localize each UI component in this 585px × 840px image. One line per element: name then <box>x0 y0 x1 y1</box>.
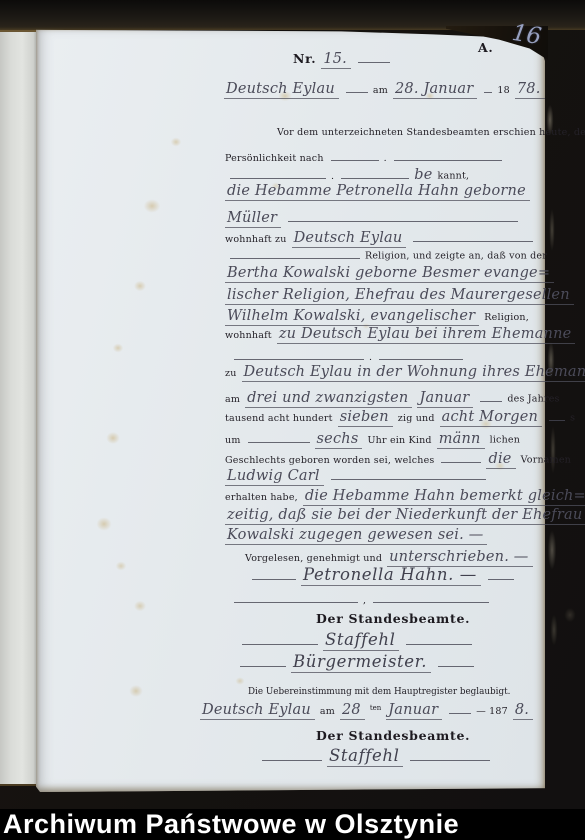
handwritten-text: acht Morgen <box>440 409 542 427</box>
form-line: Nr.15. <box>293 48 390 66</box>
handwritten-text: Deutsch Eylau <box>224 81 339 99</box>
blank-rule <box>488 565 514 580</box>
handwritten-text: die <box>486 451 515 469</box>
blank-rule <box>230 164 326 179</box>
blank-rule <box>234 588 358 603</box>
printed-text: Persönlichkeit nach <box>225 153 324 164</box>
printed-text: Geschlechts geboren worden sei, welches <box>225 455 434 466</box>
form-line: Religion, und zeigte an, daß von der <box>228 244 547 264</box>
printed-text: um <box>225 435 241 446</box>
blank-rule <box>248 428 310 443</box>
blank-rule <box>438 652 474 667</box>
blank-rule <box>480 387 502 402</box>
printed-text: wohnhaft zu <box>225 234 287 245</box>
handwritten-text: be <box>414 167 432 183</box>
form-line: Wilhelm Kowalski, evangelischerReligion, <box>225 308 529 325</box>
handwritten-text: drei und zwanzigsten <box>245 390 412 408</box>
printed-text: des Jahres <box>507 394 559 405</box>
handwritten-text: Kowalski zugegen gewesen sei. — <box>225 527 487 545</box>
blank-rule <box>484 78 492 93</box>
form-line: , <box>232 588 489 608</box>
form-line: zuDeutsch Eylau in der Wohnung ihres Ehe… <box>225 364 585 381</box>
blank-rule <box>331 146 379 161</box>
form-line: Vor dem unterzeichneten Standesbeamten e… <box>277 123 585 140</box>
form-line: Der Standesbeamte. <box>316 611 470 626</box>
printed-text: s <box>570 413 575 424</box>
form-line: .bekannt, <box>228 164 469 184</box>
blank-rule <box>242 630 318 645</box>
printed-text: am <box>373 85 388 96</box>
printed-text: wohnhaft <box>225 330 272 341</box>
handwritten-text: Bertha Kowalski geborne Besmer evange= <box>225 265 554 283</box>
blank-rule <box>331 465 486 480</box>
blank-rule <box>262 746 322 761</box>
printed-text: tausend acht hundert <box>225 413 333 424</box>
blank-rule <box>358 48 390 63</box>
printed-heading: A. <box>478 40 493 55</box>
printed-heading: Nr. <box>293 51 316 66</box>
form-line: Petronella Hahn. — <box>250 565 514 582</box>
blank-rule <box>373 588 489 603</box>
blank-rule <box>449 699 471 714</box>
blank-rule <box>288 207 518 222</box>
printed-text: am <box>320 706 335 717</box>
form-line: Der Standesbeamte. <box>316 728 470 743</box>
form-line: . <box>232 345 463 365</box>
form-line: Deutsch Eylauam28tenJanuar— 1878. <box>200 699 533 719</box>
handwritten-text: zu Deutsch Eylau bei ihrem Ehemanne <box>277 326 576 344</box>
printed-text: Vor dem unterzeichneten Standesbeamten e… <box>277 127 585 138</box>
printed-text: 18 <box>497 85 510 96</box>
printed-text: erhalten habe, <box>225 492 298 503</box>
form-line: Die Uebereinstimmung mit dem Hauptregist… <box>248 682 510 699</box>
form-line: Bertha Kowalski geborne Besmer evange= <box>225 265 554 280</box>
blank-rule <box>230 244 360 259</box>
printed-text: zu <box>225 368 237 379</box>
handwritten-text: die Hebamme Hahn bemerkt gleich= <box>303 488 585 506</box>
printed-text: Die Uebereinstimmung mit dem Hauptregist… <box>248 687 510 697</box>
form-line: Persönlichkeit nach. <box>225 146 502 166</box>
handwritten-text: 28 <box>340 702 365 720</box>
form-line: zeitig, daß sie bei der Niederkunft der … <box>225 507 585 522</box>
handwritten-text: sechs <box>315 431 363 449</box>
printed-text: Uhr ein Kind <box>367 435 431 446</box>
form-line: Kowalski zugegen gewesen sei. — <box>225 527 487 542</box>
archival-photo: A.Nr.15.Deutsch Eylauam28. Januar1878.Vo… <box>0 0 585 840</box>
handwritten-text: Müller <box>225 210 281 228</box>
printed-superscript: ten <box>370 704 381 712</box>
form-line: Staffehl <box>260 746 490 763</box>
handwritten-text: sieben <box>338 409 393 427</box>
printed-text: — 187 <box>476 706 508 717</box>
form-line: Staffehl <box>240 630 472 647</box>
handwritten-text: Januar <box>386 702 442 720</box>
blank-rule <box>406 630 472 645</box>
pencil-page-number: 16 <box>510 20 543 50</box>
printed-text: Vorgelesen, genehmigt und <box>245 553 382 564</box>
blank-rule <box>441 448 481 463</box>
printed-heading: Der Standesbeamte. <box>316 728 470 743</box>
archive-watermark-bar: Archiwum Państwowe w Olsztynie <box>0 809 585 840</box>
signature-text: Petronella Hahn. — <box>301 565 481 586</box>
handwritten-text: die Hebamme Petronella Hahn geborne <box>225 183 530 201</box>
printed-text: . <box>384 153 387 164</box>
handwritten-text: lischer Religion, Ehefrau des Maurergese… <box>225 287 574 305</box>
handwritten-text: Wilhelm Kowalski, evangelischer <box>225 308 479 326</box>
printed-text: . <box>369 352 372 363</box>
signature-text: Bürgermeister. <box>291 652 431 673</box>
form-line: Ludwig Carl <box>225 465 486 483</box>
handwritten-text: 15. <box>321 51 351 69</box>
form-line: Vorgelesen, genehmigt undunterschrieben.… <box>245 549 533 566</box>
handwritten-text: Ludwig Carl <box>225 468 324 486</box>
blank-rule <box>394 146 502 161</box>
form-line: Müller <box>225 207 518 225</box>
blank-rule <box>413 227 533 242</box>
form-line: erhalten habe,die Hebamme Hahn bemerkt g… <box>225 488 585 505</box>
printed-text: zig und <box>398 413 435 424</box>
form-line: amdrei und zwanzigstenJanuardes Jahres <box>225 387 560 407</box>
form-line: umsechsUhr ein Kindmännlichen <box>225 428 520 448</box>
printed-text: Vornamen <box>521 455 571 466</box>
signature-text: Staffehl <box>327 746 403 767</box>
signature-text: Staffehl <box>323 630 399 651</box>
blank-rule <box>379 345 463 360</box>
printed-text: . <box>331 171 334 182</box>
printed-text: Religion, und zeigte an, daß von der <box>365 251 547 262</box>
printed-text: lichen <box>490 435 520 446</box>
printed-text: Religion, <box>484 312 529 323</box>
form-line: Bürgermeister. <box>238 652 474 669</box>
blank-rule <box>234 345 364 360</box>
handwritten-text: zeitig, daß sie bei der Niederkunft der … <box>225 507 585 525</box>
blank-rule <box>252 565 296 580</box>
handwritten-text: 78. <box>515 81 545 99</box>
blank-rule <box>346 78 368 93</box>
archive-name-text: Archiwum Państwowe w Olsztynie <box>0 809 459 840</box>
handwritten-text: Deutsch Eylau in der Wohnung ihres Ehema… <box>242 364 585 382</box>
handwritten-text: 8. <box>513 702 533 720</box>
form-line: A. <box>478 40 493 55</box>
printed-text: am <box>225 394 240 405</box>
printed-text: kannt, <box>438 171 470 182</box>
blank-rule <box>549 406 565 421</box>
handwritten-text: Januar <box>417 390 473 408</box>
form-line: tausend acht hundertsiebenzig undacht Mo… <box>225 406 575 426</box>
form-line: wohnhaftzu Deutsch Eylau bei ihrem Ehema… <box>225 326 575 343</box>
printed-heading: Der Standesbeamte. <box>316 611 470 626</box>
form-line: lischer Religion, Ehefrau des Maurergese… <box>225 287 574 302</box>
blank-rule <box>341 164 409 179</box>
form-line: Deutsch Eylauam28. Januar1878. <box>224 78 545 98</box>
birth-record-form: A.Nr.15.Deutsch Eylauam28. Januar1878.Vo… <box>0 0 585 840</box>
handwritten-text: männ <box>437 431 485 449</box>
blank-rule <box>240 652 286 667</box>
blank-rule <box>410 746 490 761</box>
handwritten-text: 28. Januar <box>393 81 477 99</box>
printed-text: , <box>363 595 366 606</box>
handwritten-text: Deutsch Eylau <box>200 702 315 720</box>
form-line: die Hebamme Petronella Hahn geborne <box>225 183 530 198</box>
